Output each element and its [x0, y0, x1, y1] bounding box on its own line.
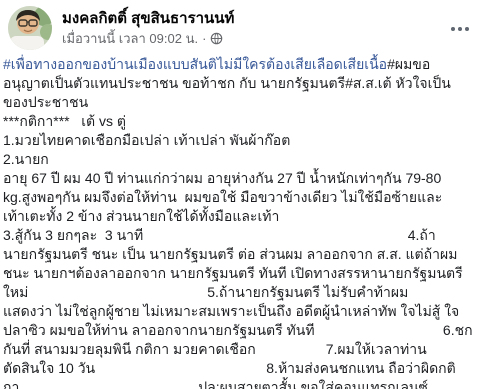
post-body: #เพื่อทางออกของบ้านเมืองแบบสันติไม่มีใคร… — [3, 55, 487, 389]
post-text: #ผมขอ อนุญาตเป็นตัวแทนประชาชน ขอท้าชก กั… — [3, 56, 489, 389]
author-name[interactable]: มงคลกิตติ์ สุขสินธารานนท์ — [62, 9, 234, 29]
more-options-button[interactable] — [443, 18, 477, 40]
avatar[interactable] — [8, 6, 52, 50]
ellipsis-icon — [451, 27, 469, 31]
post-header: มงคลกิตติ์ สุขสินธารานนท์ เมื่อวานนี้ เว… — [0, 0, 489, 54]
privacy-public-globe-icon — [210, 32, 223, 45]
post-meta: เมื่อวานนี้ เวลา 09:02 น. · — [62, 30, 223, 47]
facebook-post: มงคลกิตติ์ สุขสินธารานนท์ เมื่อวานนี้ เว… — [0, 0, 489, 389]
avatar-photo — [8, 6, 52, 50]
post-timestamp[interactable]: เมื่อวานนี้ เวลา 09:02 น. — [62, 30, 198, 47]
meta-separator: · — [202, 30, 206, 47]
hashtag-link[interactable]: #เพื่อทางออกของบ้านเมืองแบบสันติไม่มีใคร… — [3, 56, 387, 72]
